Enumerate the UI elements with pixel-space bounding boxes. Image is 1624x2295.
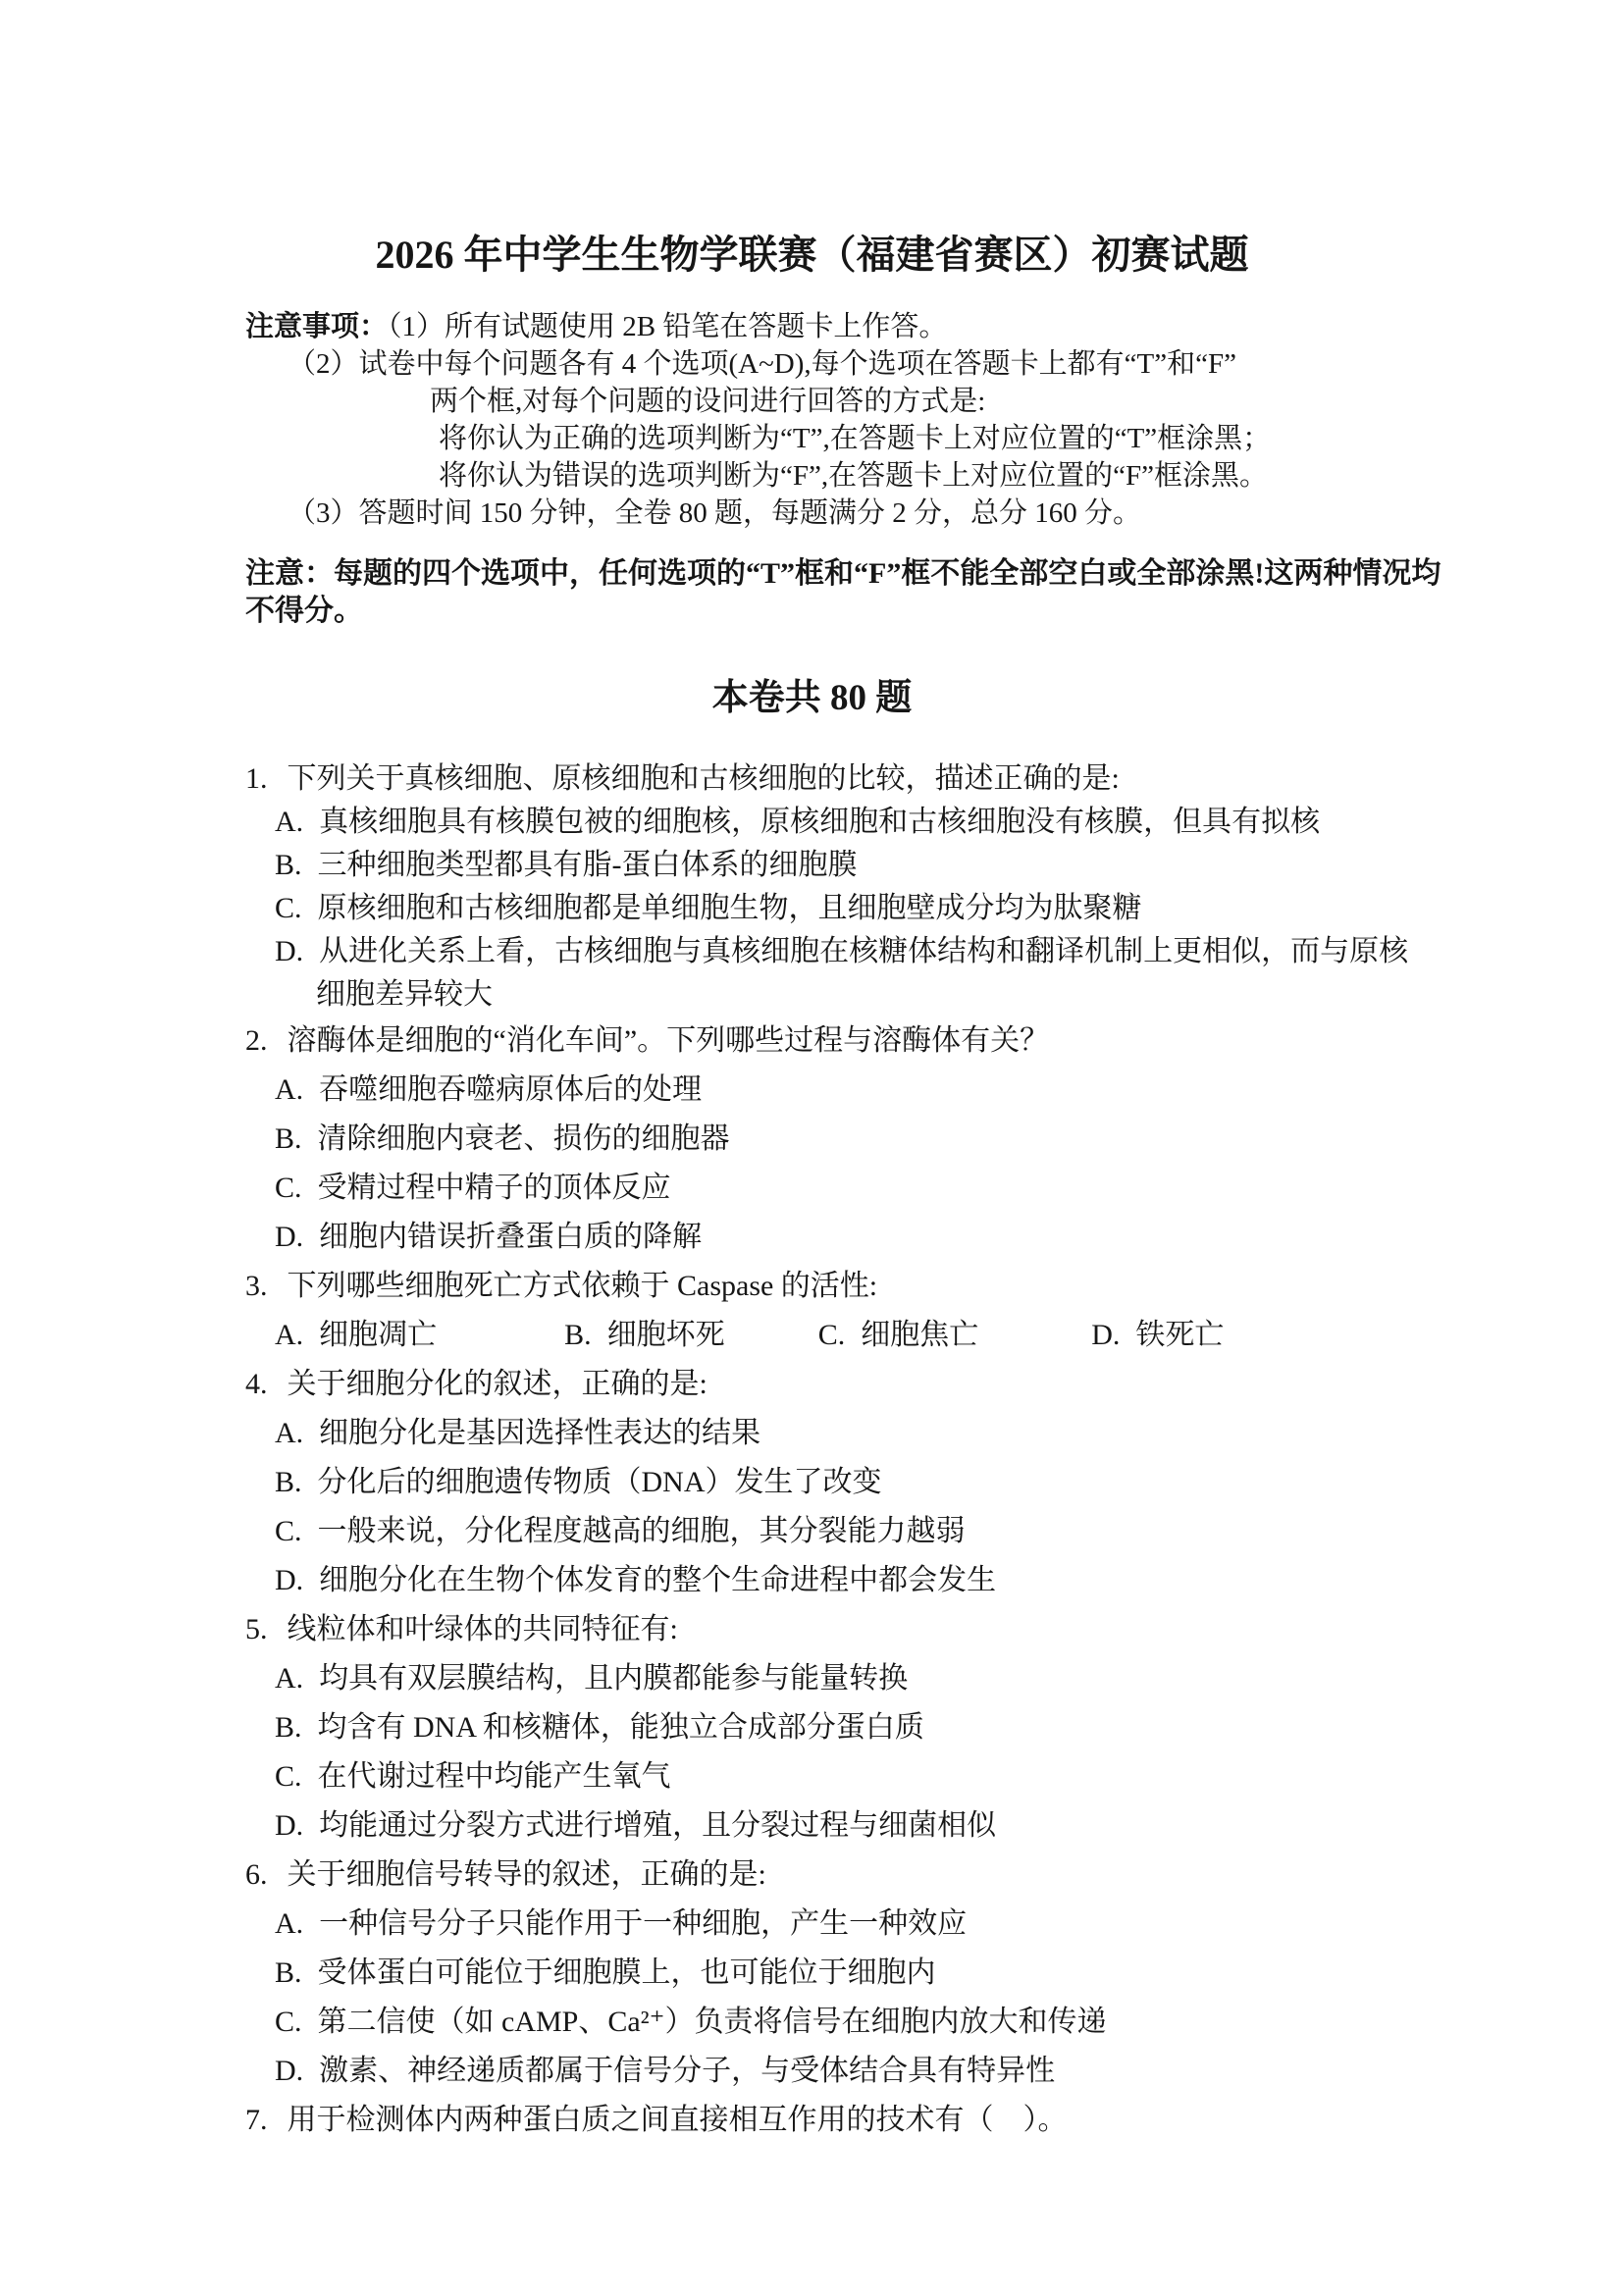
option-label: D. (275, 1221, 303, 1253)
option: C.在代谢过程中均能产生氧气 (245, 1752, 1423, 1801)
question-line: 7.用于检测体内两种蛋白质之间直接相互作用的技术有（ ）。 (245, 2096, 1423, 2145)
notice-item-2-cont: 两个框,对每个问题的设问进行回答的方式是: (245, 383, 1472, 420)
exam-page: 2026 年中学生生物学联赛（福建省赛区）初赛试题 注意事项：（1）所有试题使用… (0, 0, 1624, 2295)
question-text: 下列哪些细胞死亡方式依赖于 Caspase 的活性: (288, 1270, 878, 1302)
option-label: D. (275, 1564, 303, 1596)
question-number: 3. (245, 1270, 268, 1302)
option-text: 清除细胞内衰老、损伤的细胞器 (318, 1122, 730, 1155)
option-label: A. (275, 1319, 303, 1351)
option-label: D. (275, 2055, 303, 2087)
question-line: 1.下列关于真核细胞、原核细胞和古核细胞的比较，描述正确的是: (245, 757, 1423, 801)
question-5: 5.线粒体和叶绿体的共同特征有: A.均具有双层膜结构，且内膜都能参与能量转换 … (245, 1605, 1423, 1851)
option-label: A. (275, 1662, 303, 1695)
option-label: B. (275, 1956, 302, 1989)
option-text: 细胞焦亡 (861, 1319, 978, 1351)
option-label: D. (1091, 1319, 1120, 1351)
notice-label: 注意事项： (245, 311, 388, 342)
option-text: 在代谢过程中均能产生氧气 (318, 1760, 671, 1793)
option-label: D. (275, 1809, 303, 1842)
question-number: 7. (245, 2104, 268, 2136)
option-text: 从进化关系上看，古核细胞与真核细胞在核糖体结构和翻译机制上更相似，而与原核细胞差… (316, 935, 1408, 1011)
question-list: 1.下列关于真核细胞、原核细胞和古核细胞的比较，描述正确的是: A.真核细胞具有… (245, 757, 1423, 2145)
option-label: C. (275, 892, 302, 924)
notice-item-2-rule-f: 将你认为错误的选项判断为“F”,在答题卡上对应位置的“F”框涂黑。 (245, 457, 1472, 495)
option: A.均具有双层膜结构，且内膜都能参与能量转换 (245, 1654, 1423, 1703)
option-text: 真核细胞具有核膜包被的细胞核，原核细胞和古核细胞没有核膜，但具有拟核 (319, 806, 1320, 838)
question-number: 5. (245, 1613, 268, 1645)
question-line: 2.溶酶体是细胞的“消化车间”。下列哪些过程与溶酶体有关？ (245, 1017, 1423, 1066)
notice-block: 注意事项：（1）所有试题使用 2B 铅笔在答题卡上作答。 （2）试卷中每个问题各… (245, 308, 1472, 532)
option: B.细胞坏死 (564, 1319, 725, 1351)
option: A.一种信号分子只能作用于一种细胞，产生一种效应 (245, 1900, 1423, 1949)
option: D.均能通过分裂方式进行增殖，且分裂过程与细菌相似 (245, 1801, 1423, 1851)
option: A.真核细胞具有核膜包被的细胞核，原核细胞和古核细胞没有核膜，但具有拟核 (245, 801, 1423, 844)
option: D.细胞内错误折叠蛋白质的降解 (245, 1213, 1423, 1262)
option-label: B. (275, 1711, 302, 1744)
option: B.均含有 DNA 和核糖体，能独立合成部分蛋白质 (245, 1703, 1423, 1752)
question-2: 2.溶酶体是细胞的“消化车间”。下列哪些过程与溶酶体有关？ A.吞噬细胞吞噬病原… (245, 1017, 1423, 1262)
notice-item-1: （1）所有试题使用 2B 铅笔在答题卡上作答。 (388, 311, 947, 342)
question-text: 关于细胞分化的叙述，正确的是: (288, 1368, 707, 1400)
option-label: A. (275, 806, 303, 838)
option: A.细胞凋亡 (275, 1319, 437, 1351)
question-line: 5.线粒体和叶绿体的共同特征有: (245, 1605, 1423, 1654)
option-text: 细胞分化在生物个体发育的整个生命进程中都会发生 (319, 1564, 996, 1596)
notice-item-3: （3）答题时间 150 分钟，全卷 80 题，每题满分 2 分，总分 160 分… (245, 495, 1472, 532)
option: C.受精过程中精子的顶体反应 (245, 1164, 1423, 1213)
option: A.吞噬细胞吞噬病原体后的处理 (245, 1066, 1423, 1115)
option-label: A. (275, 1907, 303, 1940)
question-line: 4.关于细胞分化的叙述，正确的是: (245, 1360, 1423, 1409)
option-text: 激素、神经递质都属于信号分子，与受体结合具有特异性 (319, 2055, 1055, 2087)
exam-warning: 注意：每题的四个选项中，任何选项的“T”框和“F”框不能全部空白或全部涂黑!这两… (245, 555, 1452, 630)
question-number: 6. (245, 1858, 268, 1891)
option-label: D. (275, 935, 303, 967)
question-text: 线粒体和叶绿体的共同特征有: (288, 1613, 678, 1645)
option-label: B. (564, 1319, 592, 1351)
option-text: 受体蛋白可能位于细胞膜上，也可能位于细胞内 (318, 1956, 936, 1989)
question-text: 下列关于真核细胞、原核细胞和古核细胞的比较，描述正确的是: (288, 762, 1120, 795)
question-3: 3.下列哪些细胞死亡方式依赖于 Caspase 的活性: A.细胞凋亡B.细胞坏… (245, 1262, 1423, 1360)
option-text: 受精过程中精子的顶体反应 (318, 1172, 671, 1204)
option: B.受体蛋白可能位于细胞膜上，也可能位于细胞内 (245, 1949, 1423, 1998)
question-7: 7.用于检测体内两种蛋白质之间直接相互作用的技术有（ ）。 (245, 2096, 1423, 2145)
notice-line-1: 注意事项：（1）所有试题使用 2B 铅笔在答题卡上作答。 (245, 308, 1472, 345)
question-text: 溶酶体是细胞的“消化车间”。下列哪些过程与溶酶体有关？ (288, 1024, 1050, 1057)
option-text: 分化后的细胞遗传物质（DNA）发生了改变 (318, 1466, 882, 1498)
option-text: 原核细胞和古核细胞都是单细胞生物，且细胞壁成分均为肽聚糖 (318, 892, 1142, 924)
question-4: 4.关于细胞分化的叙述，正确的是: A.细胞分化是基因选择性表达的结果 B.分化… (245, 1360, 1423, 1605)
option-text: 铁死亡 (1135, 1319, 1224, 1351)
option-label: B. (275, 849, 302, 881)
option: D.细胞分化在生物个体发育的整个生命进程中都会发生 (245, 1556, 1423, 1605)
option: A.细胞分化是基因选择性表达的结果 (245, 1409, 1423, 1458)
option-label: C. (275, 1172, 302, 1204)
notice-item-2: （2）试卷中每个问题各有 4 个选项(A~D),每个选项在答题卡上都有“T”和“… (245, 345, 1472, 383)
option-text: 均含有 DNA 和核糖体，能独立合成部分蛋白质 (318, 1711, 924, 1744)
question-number: 4. (245, 1368, 268, 1400)
option-label: A. (275, 1073, 303, 1106)
question-number: 1. (245, 762, 268, 795)
question-text: 关于细胞信号转导的叙述，正确的是: (288, 1858, 766, 1891)
question-6: 6.关于细胞信号转导的叙述，正确的是: A.一种信号分子只能作用于一种细胞，产生… (245, 1851, 1423, 2096)
option: B.三种细胞类型都具有脂-蛋白体系的细胞膜 (245, 844, 1423, 887)
option-label: B. (275, 1122, 302, 1155)
option: C.第二信使（如 cAMP、Ca²⁺）负责将信号在细胞内放大和传递 (245, 1998, 1423, 2047)
option: C.一般来说，分化程度越高的细胞，其分裂能力越弱 (245, 1507, 1423, 1556)
option-label: C. (818, 1319, 846, 1351)
option-text: 一般来说，分化程度越高的细胞，其分裂能力越弱 (318, 1515, 966, 1547)
option: C.细胞焦亡 (818, 1319, 979, 1351)
question-line: 3.下列哪些细胞死亡方式依赖于 Caspase 的活性: (245, 1262, 1423, 1311)
option: B.分化后的细胞遗传物质（DNA）发生了改变 (245, 1458, 1423, 1507)
option: D.铁死亡 (1091, 1319, 1224, 1351)
option-label: C. (275, 1760, 302, 1793)
option-text: 细胞内错误折叠蛋白质的降解 (319, 1221, 702, 1253)
option-label: C. (275, 1515, 302, 1547)
option-label: B. (275, 1466, 302, 1498)
option-text: 细胞坏死 (607, 1319, 725, 1351)
option-label: A. (275, 1417, 303, 1449)
option-text: 三种细胞类型都具有脂-蛋白体系的细胞膜 (318, 849, 858, 881)
question-1: 1.下列关于真核细胞、原核细胞和古核细胞的比较，描述正确的是: A.真核细胞具有… (245, 757, 1423, 1017)
option-text: 细胞凋亡 (319, 1319, 437, 1351)
option: D.从进化关系上看，古核细胞与真核细胞在核糖体结构和翻译机制上更相似，而与原核细… (245, 930, 1423, 1017)
inline-options: A.细胞凋亡B.细胞坏死C.细胞焦亡D.铁死亡 (245, 1311, 1423, 1360)
section-title: 本卷共 80 题 (0, 676, 1624, 721)
option-text: 第二信使（如 cAMP、Ca²⁺）负责将信号在细胞内放大和传递 (318, 2006, 1107, 2038)
question-line: 6.关于细胞信号转导的叙述，正确的是: (245, 1851, 1423, 1900)
question-number: 2. (245, 1024, 268, 1057)
page-title: 2026 年中学生生物学联赛（福建省赛区）初赛试题 (0, 26, 1624, 282)
option: B.清除细胞内衰老、损伤的细胞器 (245, 1115, 1423, 1164)
notice-item-2-rule-t: 将你认为正确的选项判断为“T”,在答题卡上对应位置的“T”框涂黑； (245, 420, 1472, 457)
option-label: C. (275, 2006, 302, 2038)
option-text: 一种信号分子只能作用于一种细胞，产生一种效应 (319, 1907, 967, 1940)
option-text: 吞噬细胞吞噬病原体后的处理 (319, 1073, 702, 1106)
option: C.原核细胞和古核细胞都是单细胞生物，且细胞壁成分均为肽聚糖 (245, 887, 1423, 930)
option-text: 细胞分化是基因选择性表达的结果 (319, 1417, 760, 1449)
option-text: 均能通过分裂方式进行增殖，且分裂过程与细菌相似 (319, 1809, 996, 1842)
question-text: 用于检测体内两种蛋白质之间直接相互作用的技术有（ ）。 (288, 2104, 1068, 2136)
option-text: 均具有双层膜结构，且内膜都能参与能量转换 (319, 1662, 908, 1695)
option: D.激素、神经递质都属于信号分子，与受体结合具有特异性 (245, 2047, 1423, 2096)
